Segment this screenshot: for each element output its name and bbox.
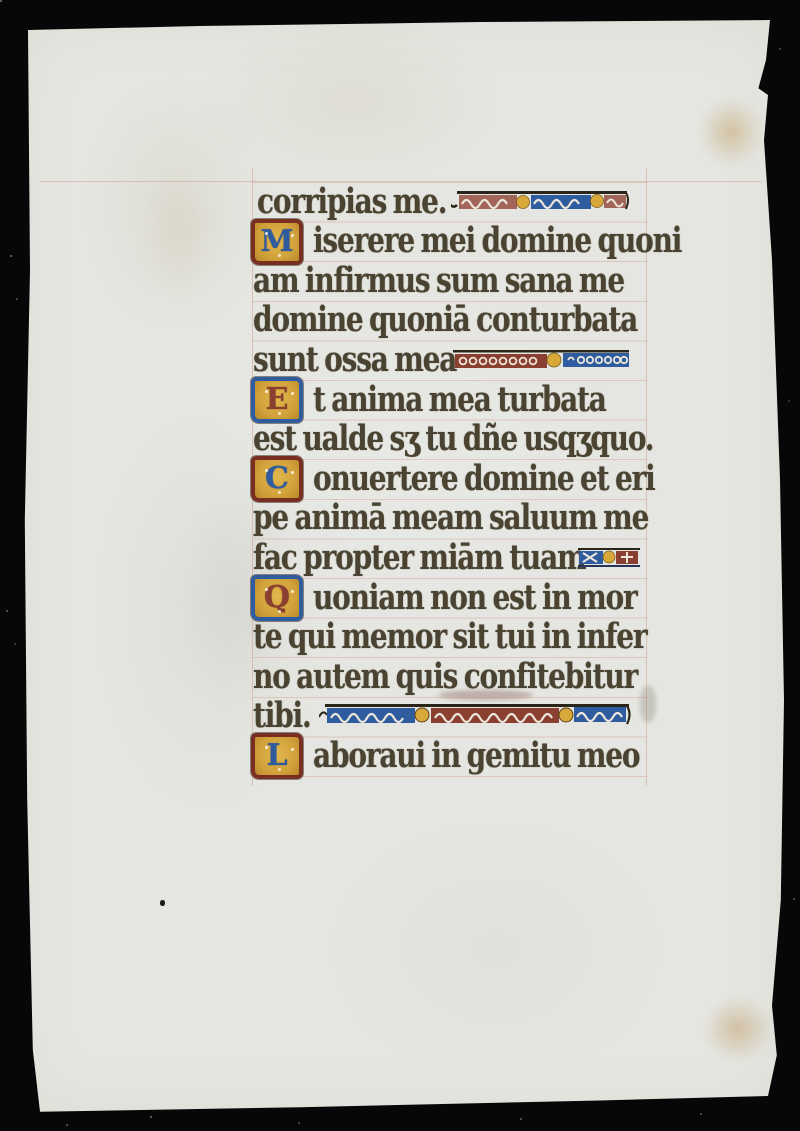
illuminated-initial-Q: Q [251, 575, 303, 621]
line-text: est ualde sʒ tu dñe usqʒquo. [253, 422, 653, 456]
text-line: E t anima mea turbata [253, 380, 647, 420]
illuminated-initial-E: E [251, 377, 303, 423]
line-text: corripias me. [257, 184, 446, 218]
illuminated-initial-C: C [251, 456, 303, 502]
parchment-leaf: corripias me. [0, 0, 800, 1131]
stain-top-right [690, 88, 772, 176]
text-line: est ualde sʒ tu dñe usqʒquo. [253, 420, 647, 460]
manuscript-photo: corripias me. [0, 0, 800, 1131]
line-text: aboraui in gemitu meo [313, 739, 639, 773]
text-block: corripias me. [253, 182, 647, 777]
line-text: te qui memor sit tui in infer [253, 620, 646, 654]
text-line: fac propter miām tuam [253, 538, 647, 578]
text-line: M iserere mei domine quoni [253, 222, 647, 262]
text-line: corripias me. [253, 182, 647, 222]
line-text: iserere mei domine quoni [313, 224, 681, 258]
ink-speck [160, 900, 165, 906]
text-line: L aboraui in gemitu meo [253, 736, 647, 776]
text-line: pe animā meam saluum me [253, 499, 647, 539]
line-text: domine quoniā conturbata [253, 303, 637, 337]
text-line: tibi. [253, 697, 647, 737]
text-line: domine quoniā conturbata [253, 301, 647, 341]
line-text: pe animā meam saluum me [253, 501, 648, 535]
line-text: t anima mea turbata [313, 382, 606, 416]
line-filler-short [578, 547, 642, 573]
dust-specks [0, 0, 2, 2]
text-line: sunt ossa mea [253, 340, 647, 380]
line-text: sunt ossa mea [253, 343, 456, 377]
line-filler-long [319, 701, 633, 731]
text-line: C onuertere domine et eri [253, 459, 647, 499]
line-filler-chain [453, 349, 631, 375]
line-filler-wave [451, 189, 629, 217]
line-text: fac propter miām tuam [253, 541, 585, 575]
line-text: am infirmus sum sana me [253, 264, 624, 298]
text-line: te qui memor sit tui in infer [253, 618, 647, 658]
line-text: tibi. [253, 699, 311, 733]
text-line: no autem quis confitebitur [253, 657, 647, 697]
line-text: onuertere domine et eri [313, 462, 655, 496]
text-line: am infirmus sum sana me [253, 261, 647, 301]
text-line: Q uoniam non est in mor [253, 578, 647, 618]
illuminated-initial-L: L [251, 733, 303, 779]
line-text: no autem quis confitebitur [253, 660, 637, 694]
stain-bottom-right [694, 988, 782, 1070]
line-text: uoniam non est in mor [313, 580, 637, 614]
illuminated-initial-M: M [251, 219, 303, 265]
